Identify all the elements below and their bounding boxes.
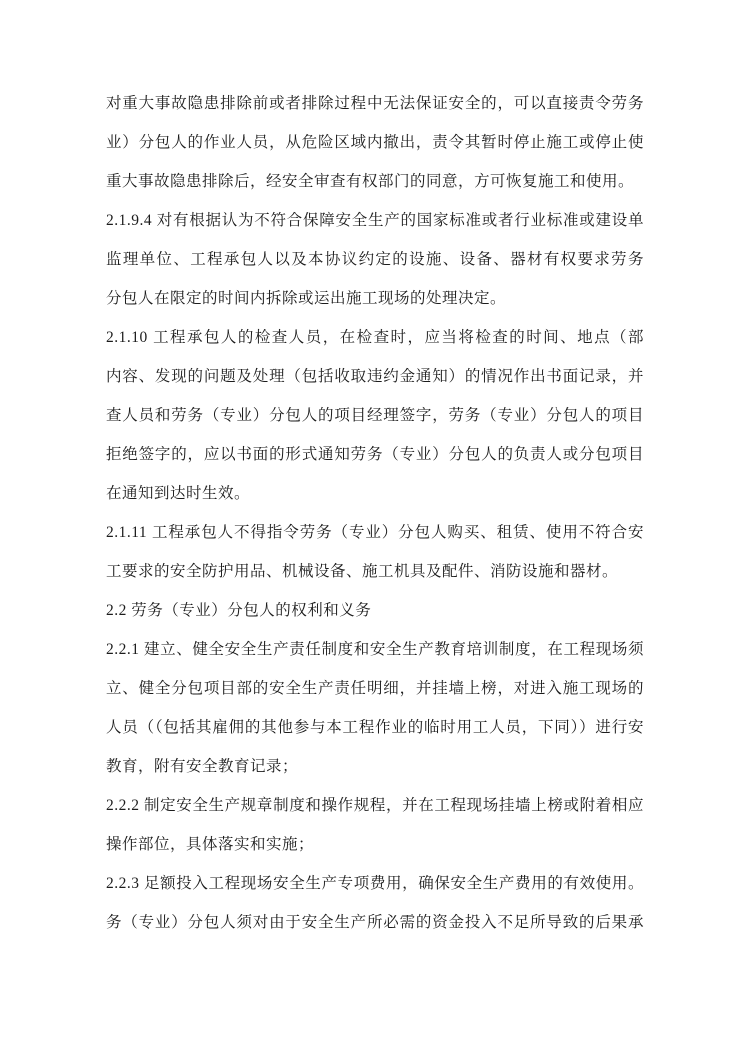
text-line: 分包人在限定的时间内拆除或运出施工现场的处理决定。 (106, 279, 644, 318)
text-line: 对重大事故隐患排除前或者排除过程中无法保证安全的，可以直接责令劳务（专 (106, 84, 644, 123)
text-line: 立、健全分包项目部的安全生产责任明细，并挂墙上榜，对进入施工现场的作业 (106, 669, 644, 708)
text-line: 操作部位，具体落实和实施； (106, 825, 644, 864)
document-page: 对重大事故隐患排除前或者排除过程中无法保证安全的，可以直接责令劳务（专 业）分包… (0, 0, 744, 1052)
text-line: 2.2.1 建立、健全安全生产责任制度和安全生产教育培训制度，在工程现场须建 (106, 630, 644, 669)
document-text-block: 对重大事故隐患排除前或者排除过程中无法保证安全的，可以直接责令劳务（专 业）分包… (106, 84, 644, 942)
text-line: 工要求的安全防护用品、机械设备、施工机具及配件、消防设施和器材。 (106, 552, 644, 591)
text-line: 2.1.9.4 对有根据认为不符合保障安全生产的国家标准或者行业标准或建设单位、 (106, 201, 644, 240)
text-line: 人员（（包括其雇佣的其他参与本工程作业的临时用工人员，下同））进行安全 (106, 708, 644, 747)
text-line: 内容、发现的问题及处理（包括收取违约金通知）的情况作出书面记录，并由检 (106, 357, 644, 396)
text-line: 2.2.3 足额投入工程现场安全生产专项费用，确保安全生产费用的有效使用。劳 (106, 864, 644, 903)
text-line: 2.1.11 工程承包人不得指令劳务（专业）分包人购买、租赁、使用不符合安全施 (106, 513, 644, 552)
text-line: 重大事故隐患排除后，经安全审查有权部门的同意，方可恢复施工和使用。 (106, 162, 644, 201)
text-line: 教育，附有安全教育记录； (106, 747, 644, 786)
text-line: 在通知到达时生效。 (106, 474, 644, 513)
section-heading: 2.2 劳务（专业）分包人的权利和义务 (106, 591, 644, 630)
text-line: 2.1.10 工程承包人的检查人员，在检查时，应当将检查的时间、地点（部位）、 (106, 318, 644, 357)
text-line: 务（专业）分包人须对由于安全生产所必需的资金投入不足所导致的后果承担全 (106, 903, 644, 942)
text-line: 业）分包人的作业人员，从危险区域内撤出，责令其暂时停止施工或停止使用； (106, 123, 644, 162)
text-line: 拒绝签字的，应以书面的形式通知劳务（专业）分包人的负责人或分包项目经理， (106, 435, 644, 474)
text-line: 查人员和劳务（专业）分包人的项目经理签字，劳务（专业）分包人的项目经理 (106, 396, 644, 435)
text-line: 监理单位、工程承包人以及本协议约定的设施、设备、器材有权要求劳务（专业） (106, 240, 644, 279)
text-line: 2.2.2 制定安全生产规章制度和操作规程，并在工程现场挂墙上榜或附着相应的 (106, 786, 644, 825)
